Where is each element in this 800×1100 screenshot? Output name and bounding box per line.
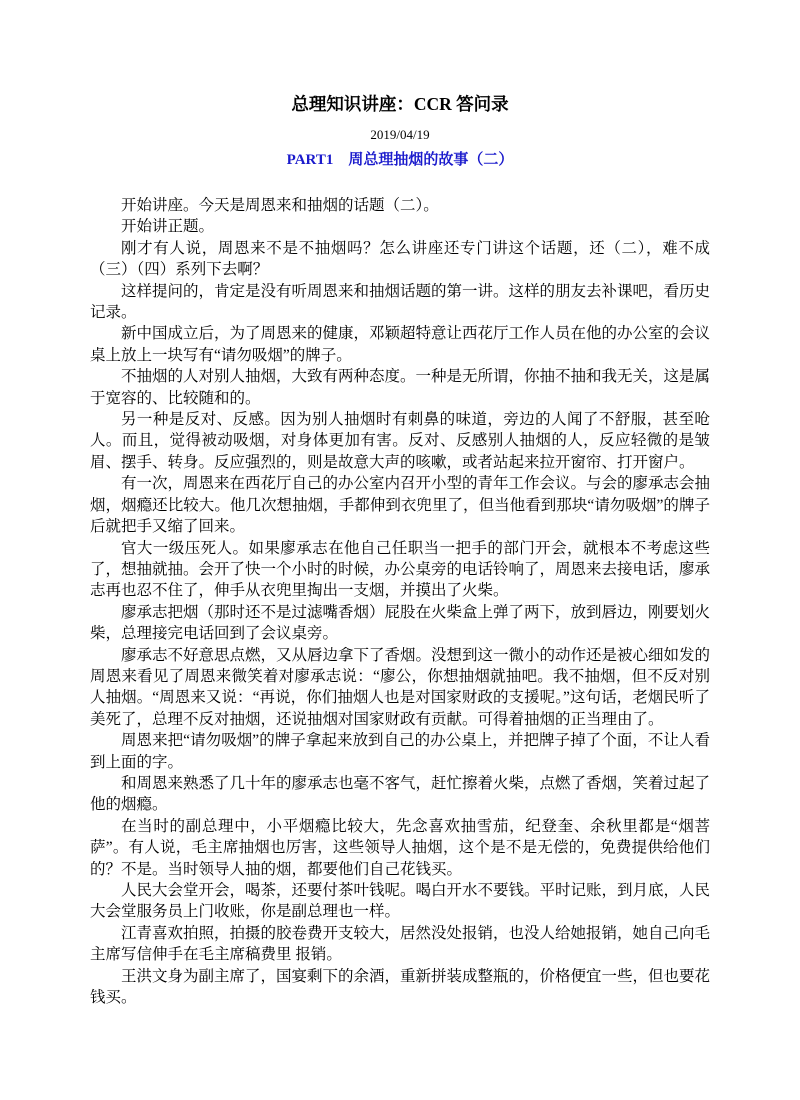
paragraph: 廖承志不好意思点燃，又从唇边拿下了香烟。没想到这一微小的动作还是被心细如发的周恩… <box>90 645 710 731</box>
paragraph: 开始讲正题。 <box>90 216 710 237</box>
paragraph: 另一种是反对、反感。因为别人抽烟时有刺鼻的味道，旁边的人闻了不舒服，甚至呛人。而… <box>90 409 710 473</box>
section-heading: PART1 周总理抽烟的故事（二） <box>90 151 710 169</box>
paragraph: 江青喜欢拍照，拍摄的胶卷费开支较大，居然没处报销，也没人给她报销，她自己向毛主席… <box>90 923 710 966</box>
document-title: 总理知识讲座：CCR 答问录 <box>90 95 710 114</box>
document-body: 开始讲座。今天是周恩来和抽烟的话题（二）。开始讲正题。刚才有人说，周恩来不是不抽… <box>90 195 710 1008</box>
document-date: 2019/04/19 <box>90 127 710 142</box>
paragraph: 廖承志把烟（那时还不是过滤嘴香烟）屁股在火柴盒上弹了两下，放到唇边，刚要划火柴，… <box>90 602 710 645</box>
paragraph: 刚才有人说，周恩来不是不抽烟吗？怎么讲座还专门讲这个话题，还（二），难不成（三）… <box>90 238 710 281</box>
paragraph: 王洪文身为副主席了，国宴剩下的余酒，重新拼装成整瓶的，价格便宜一些，但也要花钱买… <box>90 966 710 1009</box>
paragraph: 有一次，周恩来在西花厅自己的办公室内召开小型的青年工作会议。与会的廖承志会抽烟，… <box>90 473 710 537</box>
paragraph: 人民大会堂开会，喝茶，还要付茶叶钱呢。喝白开水不要钱。平时记账，到月底，人民大会… <box>90 880 710 923</box>
paragraph: 这样提问的，肯定是没有听周恩来和抽烟话题的第一讲。这样的朋友去补课吧，看历史记录… <box>90 281 710 324</box>
document-page: 总理知识讲座：CCR 答问录 2019/04/19 PART1 周总理抽烟的故事… <box>0 0 800 1100</box>
paragraph: 在当时的副总理中，小平烟瘾比较大，先念喜欢抽雪茄，纪登奎、余秋里都是“烟菩萨”。… <box>90 816 710 880</box>
paragraph: 开始讲座。今天是周恩来和抽烟的话题（二）。 <box>90 195 710 216</box>
paragraph: 官大一级压死人。如果廖承志在他自己任职当一把手的部门开会，就根本不考虑这些了，想… <box>90 538 710 602</box>
paragraph: 新中国成立后，为了周恩来的健康，邓颖超特意让西花厅工作人员在他的办公室的会议桌上… <box>90 323 710 366</box>
paragraph: 周恩来把“请勿吸烟”的牌子拿起来放到自己的办公桌上，并把牌子掉了个面，不让人看到… <box>90 730 710 773</box>
paragraph: 不抽烟的人对别人抽烟，大致有两种态度。一种是无所谓，你抽不抽和我无关，这是属于宽… <box>90 366 710 409</box>
paragraph: 和周恩来熟悉了几十年的廖承志也毫不客气，赶忙擦着火柴，点燃了香烟，笑着过起了他的… <box>90 773 710 816</box>
